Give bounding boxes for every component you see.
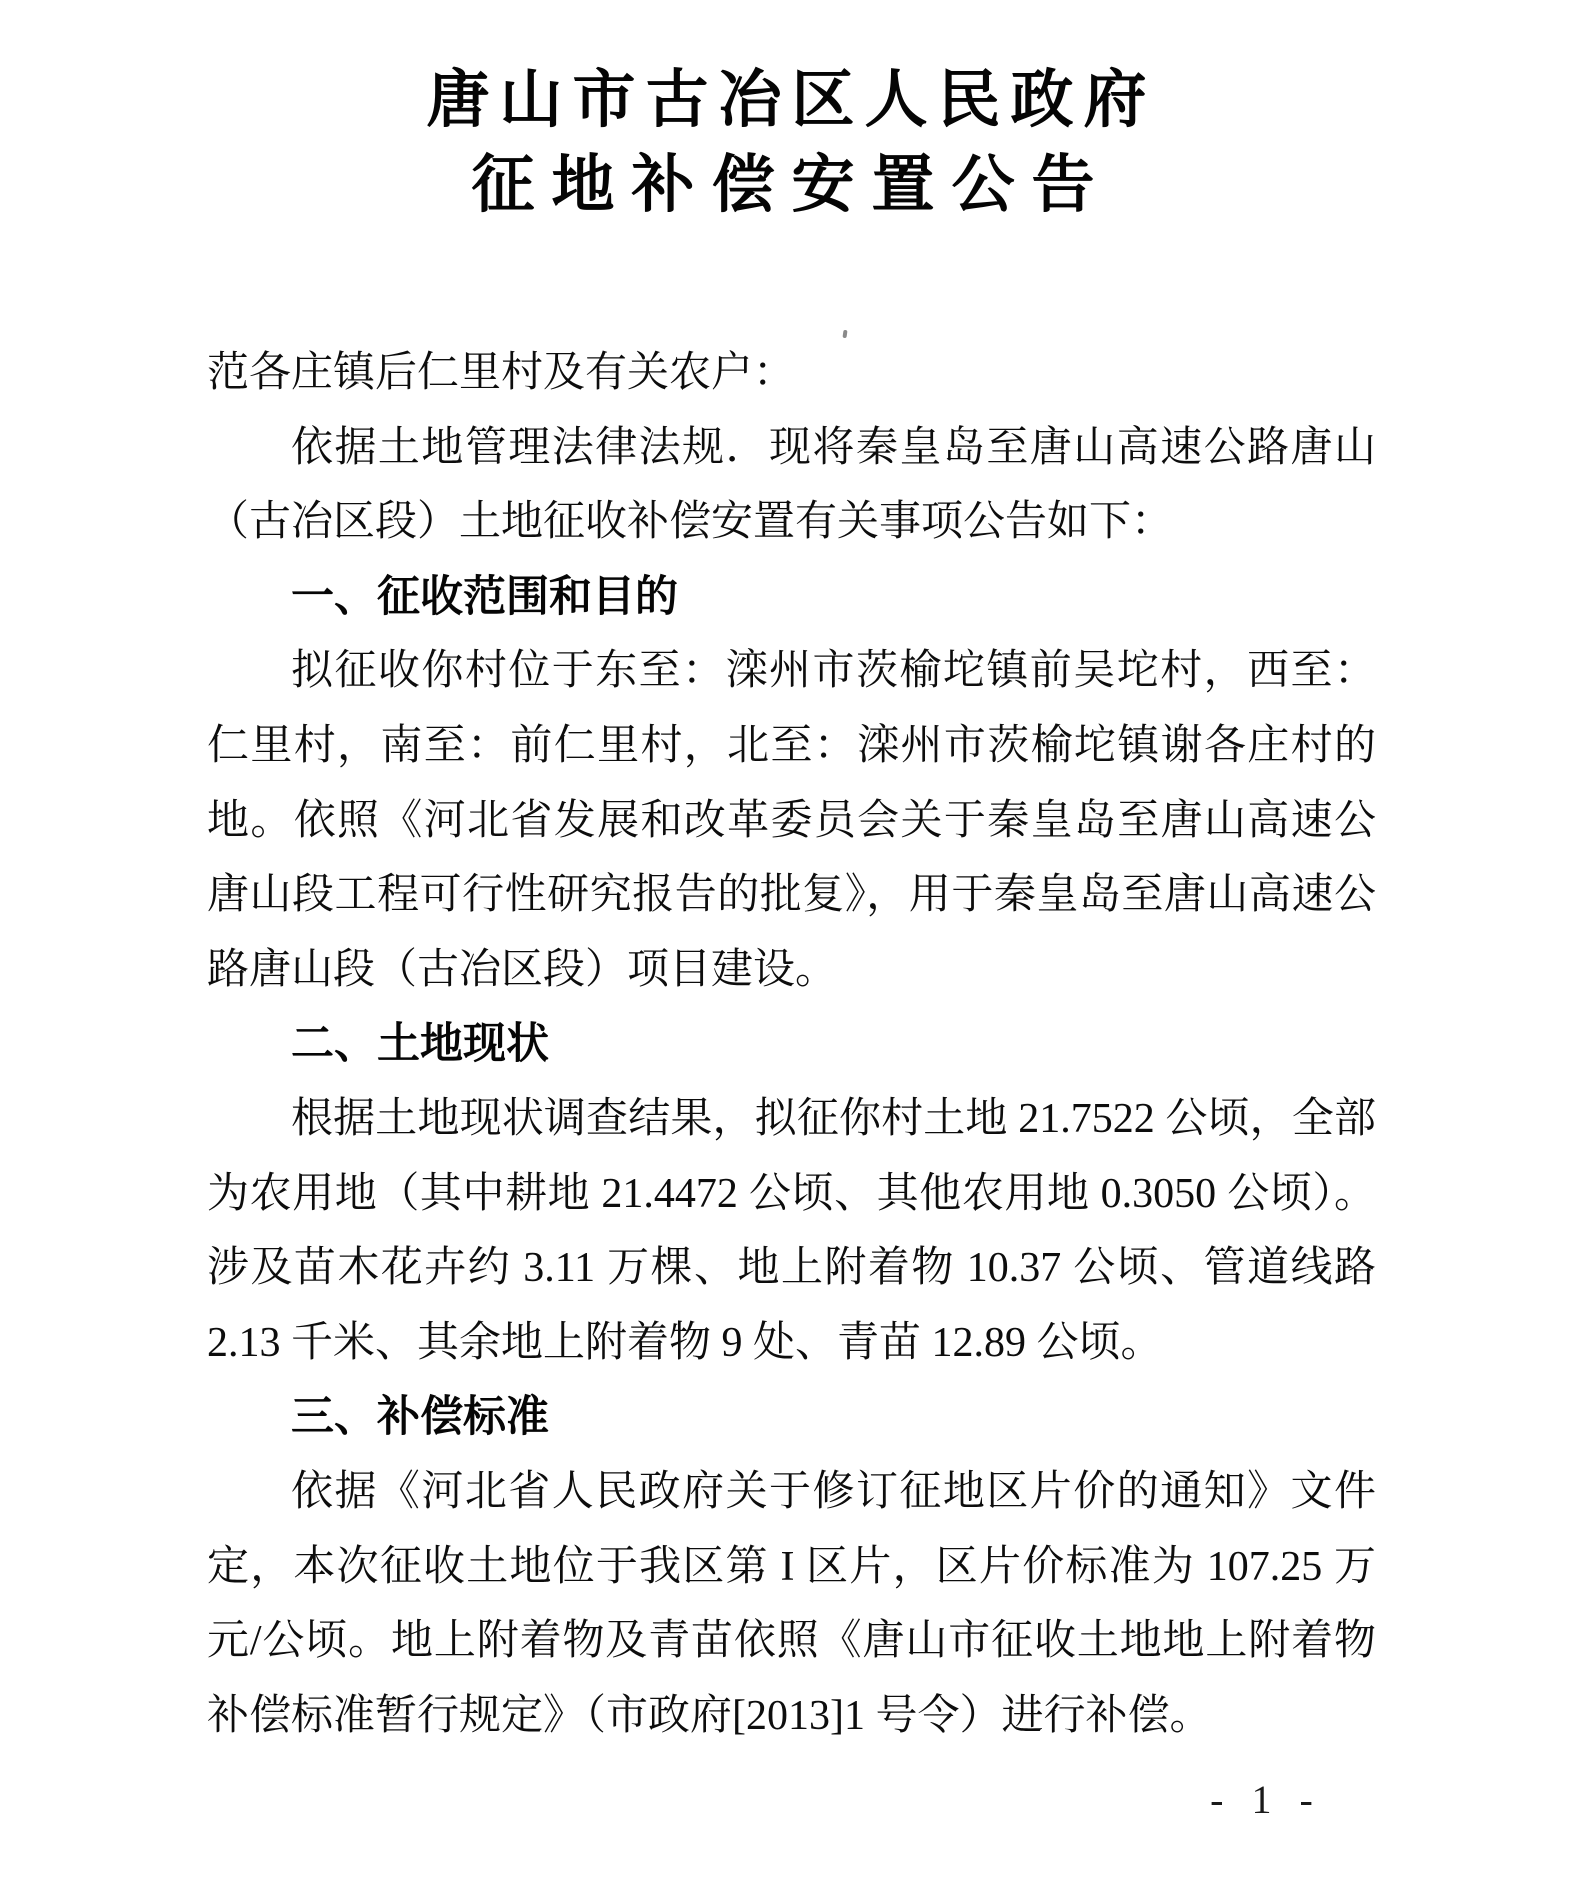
text-line: （古冶区段）土地征收补偿安置有关事项公告如下： — [207, 485, 1376, 560]
document-title: 唐山市古冶区人民政府 征地补偿安置公告 — [0, 58, 1583, 228]
text-line: 唐山段工程可行性研究报告的批复》，用于秦皇岛至唐山高速公 — [207, 858, 1376, 933]
text-line: 涉及苗木花卉约 3.11 万棵、地上附着物 10.37 公顷、管道线路 — [207, 1231, 1376, 1306]
text-line: 2.13 千米、其余地上附着物 9 处、青苗 12.89 公顷。 — [207, 1306, 1376, 1381]
document-lines: 范各庄镇后仁里村及有关农户：依据土地管理法律法规．现将秦皇岛至唐山高速公路唐山段… — [207, 336, 1376, 1753]
text-line: 仁里村，南至：前仁里村，北至：滦州市茨榆坨镇谢各庄村的土 — [207, 709, 1376, 784]
text-line: 补偿标准暂行规定》（市政府[2013]1 号令）进行补偿。 — [207, 1679, 1376, 1754]
text-line: 元/公顷。地上附着物及青苗依照《唐山市征收土地地上附着物 — [207, 1604, 1376, 1679]
text-line: 依据《河北省人民政府关于修订征地区片价的通知》文件规 — [207, 1455, 1376, 1530]
text-line: 定，本次征收土地位于我区第 I 区片，区片价标准为 107.25 万 — [207, 1530, 1376, 1605]
section-heading: 三、补偿标准 — [207, 1380, 1376, 1455]
document-title-line2: 征地补偿安置公告 — [0, 142, 1583, 228]
page-number: - 1 - — [1146, 1776, 1386, 1824]
text-line: 范各庄镇后仁里村及有关农户： — [207, 336, 1376, 411]
document-title-line1: 唐山市古冶区人民政府 — [0, 58, 1583, 142]
text-line: 地。依照《河北省发展和改革委员会关于秦皇岛至唐山高速公路 — [207, 784, 1376, 859]
text-line: 依据土地管理法律法规．现将秦皇岛至唐山高速公路唐山段 — [207, 411, 1376, 486]
text-line: 根据土地现状调查结果，拟征你村土地 21.7522 公顷，全部 — [207, 1082, 1376, 1157]
text-line: 拟征收你村位于东至：滦州市茨榆坨镇前吴坨村，西至：后 — [207, 634, 1376, 709]
section-heading: 一、征收范围和目的 — [207, 560, 1376, 635]
text-line: 为农用地（其中耕地 21.4472 公顷、其他农用地 0.3050 公顷）。 — [207, 1157, 1376, 1232]
text-line: 路唐山段（古冶区段）项目建设。 — [207, 933, 1376, 1008]
section-heading: 二、土地现状 — [207, 1007, 1376, 1082]
scanned-page: 唐山市古冶区人民政府 征地补偿安置公告 范各庄镇后仁里村及有关农户：依据土地管理… — [0, 0, 1583, 1883]
